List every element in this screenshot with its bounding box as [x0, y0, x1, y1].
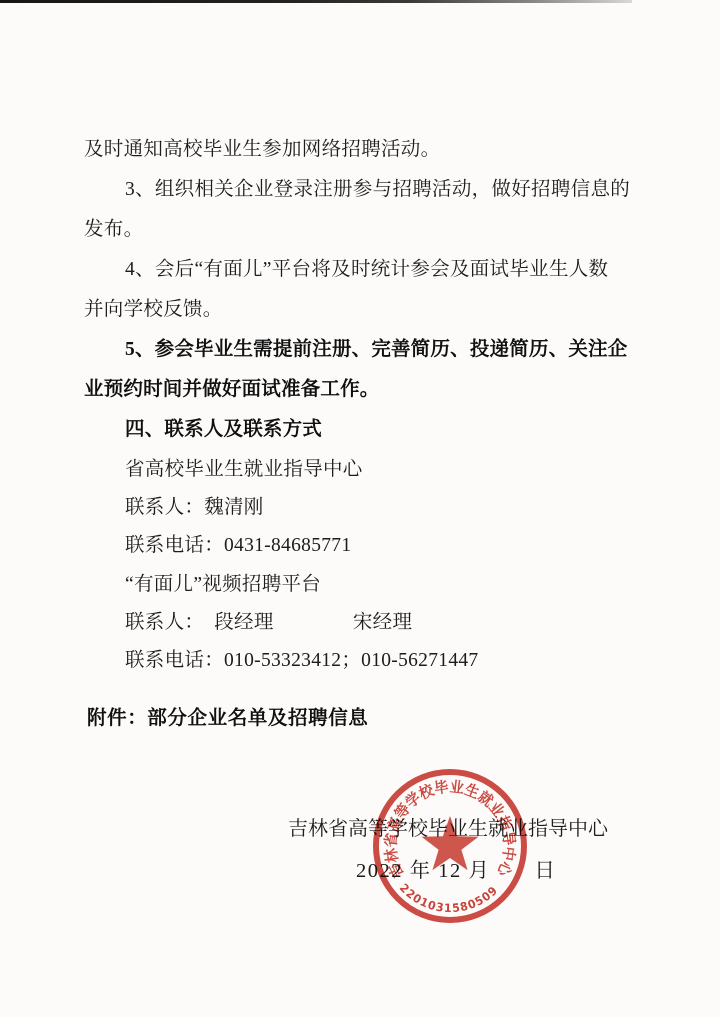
contact-person-line: 联系人：魏清刚 [84, 489, 650, 527]
body-line: 4、会后“有面儿”平台将及时统计参会及面试毕业生人数 [84, 250, 650, 290]
contact-details-block: 省高校毕业生就业指导中心 联系人：魏清刚 联系电话：0431-84685771 … [84, 451, 650, 680]
contact-phone-line: 联系电话：010-53323412；010-56271447 [84, 642, 650, 680]
platform-name-line: “有面儿”视频招聘平台 [84, 566, 650, 604]
scanned-document-page: 及时通知高校毕业生参加网络招聘活动。 3、组织相关企业登录注册参与招聘活动，做好… [0, 0, 720, 1017]
seal-serial-number: 2201031580509 [397, 881, 501, 915]
scan-artifact-band [0, 0, 632, 3]
body-line: 发布。 [84, 210, 650, 250]
attachment-line: 附件：部分企业名单及招聘信息 [87, 702, 368, 730]
body-line: 及时通知高校毕业生参加网络招聘活动。 [84, 130, 650, 170]
section-heading-contacts: 四、联系人及联系方式 [84, 410, 650, 450]
contact-person-line: 联系人： 段经理 宋经理 [84, 604, 650, 642]
body-line: 并向学校反馈。 [84, 290, 650, 330]
contact-phone-line: 联系电话：0431-84685771 [84, 527, 650, 565]
body-paragraphs-top: 及时通知高校毕业生参加网络招聘活动。 3、组织相关企业登录注册参与招聘活动，做好… [84, 130, 650, 450]
signature-date-line: 2022 年 12 月 日 [356, 853, 556, 883]
contact-org-line: 省高校毕业生就业指导中心 [84, 451, 650, 489]
body-line: 3、组织相关企业登录注册参与招聘活动，做好招聘信息的 [84, 170, 650, 210]
body-line: 5、参会毕业生需提前注册、完善简历、投递简历、关注企 [84, 330, 650, 370]
signature-org-name: 吉林省高等学校毕业生就业指导中心 [288, 812, 608, 841]
body-line: 业预约时间并做好面试准备工作。 [84, 370, 650, 410]
seal-ring [376, 772, 524, 920]
